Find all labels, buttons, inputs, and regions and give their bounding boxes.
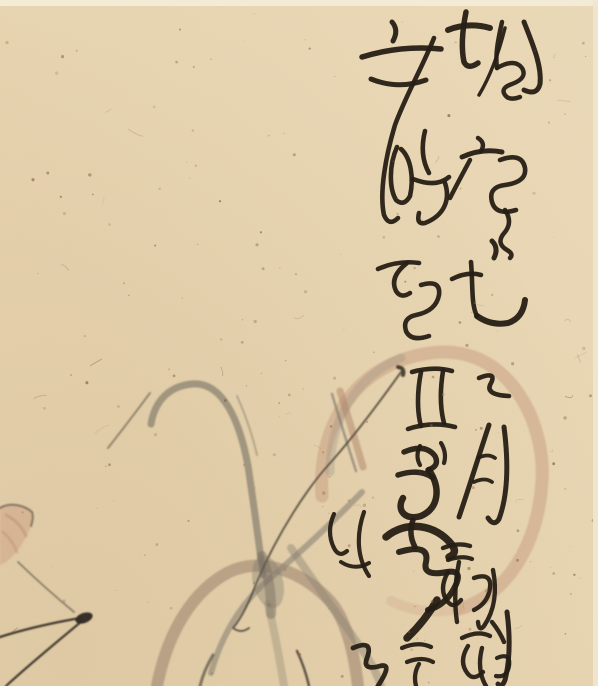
painting-detail — [0, 0, 598, 686]
paper-edge-top — [0, 0, 598, 6]
paper-edge-right — [593, 0, 598, 686]
artwork-canvas — [0, 0, 598, 686]
